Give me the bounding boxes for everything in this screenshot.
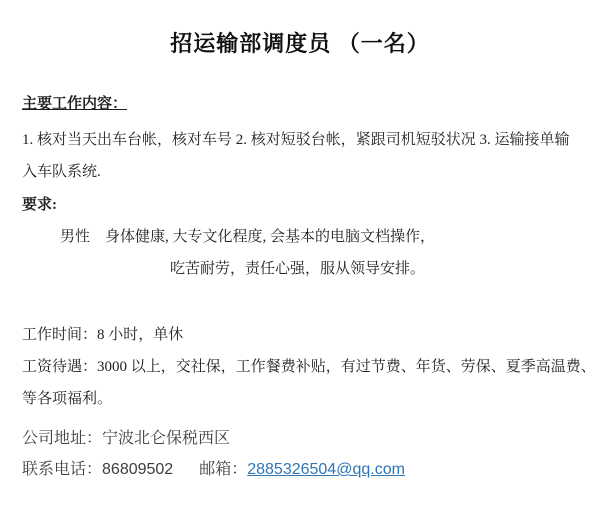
duties-text-line-2: 入车队系统. — [22, 156, 578, 188]
requirements-line-1: 男性 身体健康, 大专文化程度, 会基本的电脑文档操作， — [22, 221, 578, 253]
job-posting-document: 招运输部调度员 （一名） 主要工作内容： 1. 核对当天出车台帐，核对车号 2.… — [0, 30, 600, 481]
phone-number: 86809502 — [102, 461, 173, 478]
email-link[interactable]: 2885326504@qq.com — [247, 461, 405, 478]
email-label: 邮箱： — [199, 461, 247, 478]
page-title: 招运输部调度员 （一名） — [22, 30, 578, 58]
main-duties-heading: 主要工作内容： — [22, 88, 578, 120]
requirements-line-2: 吃苦耐劳，责任心强，服从领导安排。 — [22, 253, 578, 285]
salary-line-1: 工资待遇：3000 以上，交社保，工作餐费补贴，有过节费、年货、劳保、夏季高温费… — [22, 351, 578, 383]
requirements-heading: 要求: — [22, 189, 578, 221]
salary-line-2: 等各项福利。 — [22, 383, 578, 415]
job-posting-page: 招运输部调度员 （一名） 主要工作内容： 1. 核对当天出车台帐，核对车号 2.… — [0, 0, 600, 516]
contact-line: 联系电话：86809502邮箱：2885326504@qq.com — [22, 459, 578, 481]
work-time-line: 工作时间：8 小时，单休 — [22, 319, 578, 351]
phone-label: 联系电话： — [22, 461, 102, 478]
duties-text-line-1: 1. 核对当天出车台帐，核对车号 2. 核对短驳台帐，紧跟司机短驳状况 3. 运… — [22, 124, 578, 156]
company-address-line: 公司地址：宁波北仑保税西区 — [22, 428, 578, 450]
